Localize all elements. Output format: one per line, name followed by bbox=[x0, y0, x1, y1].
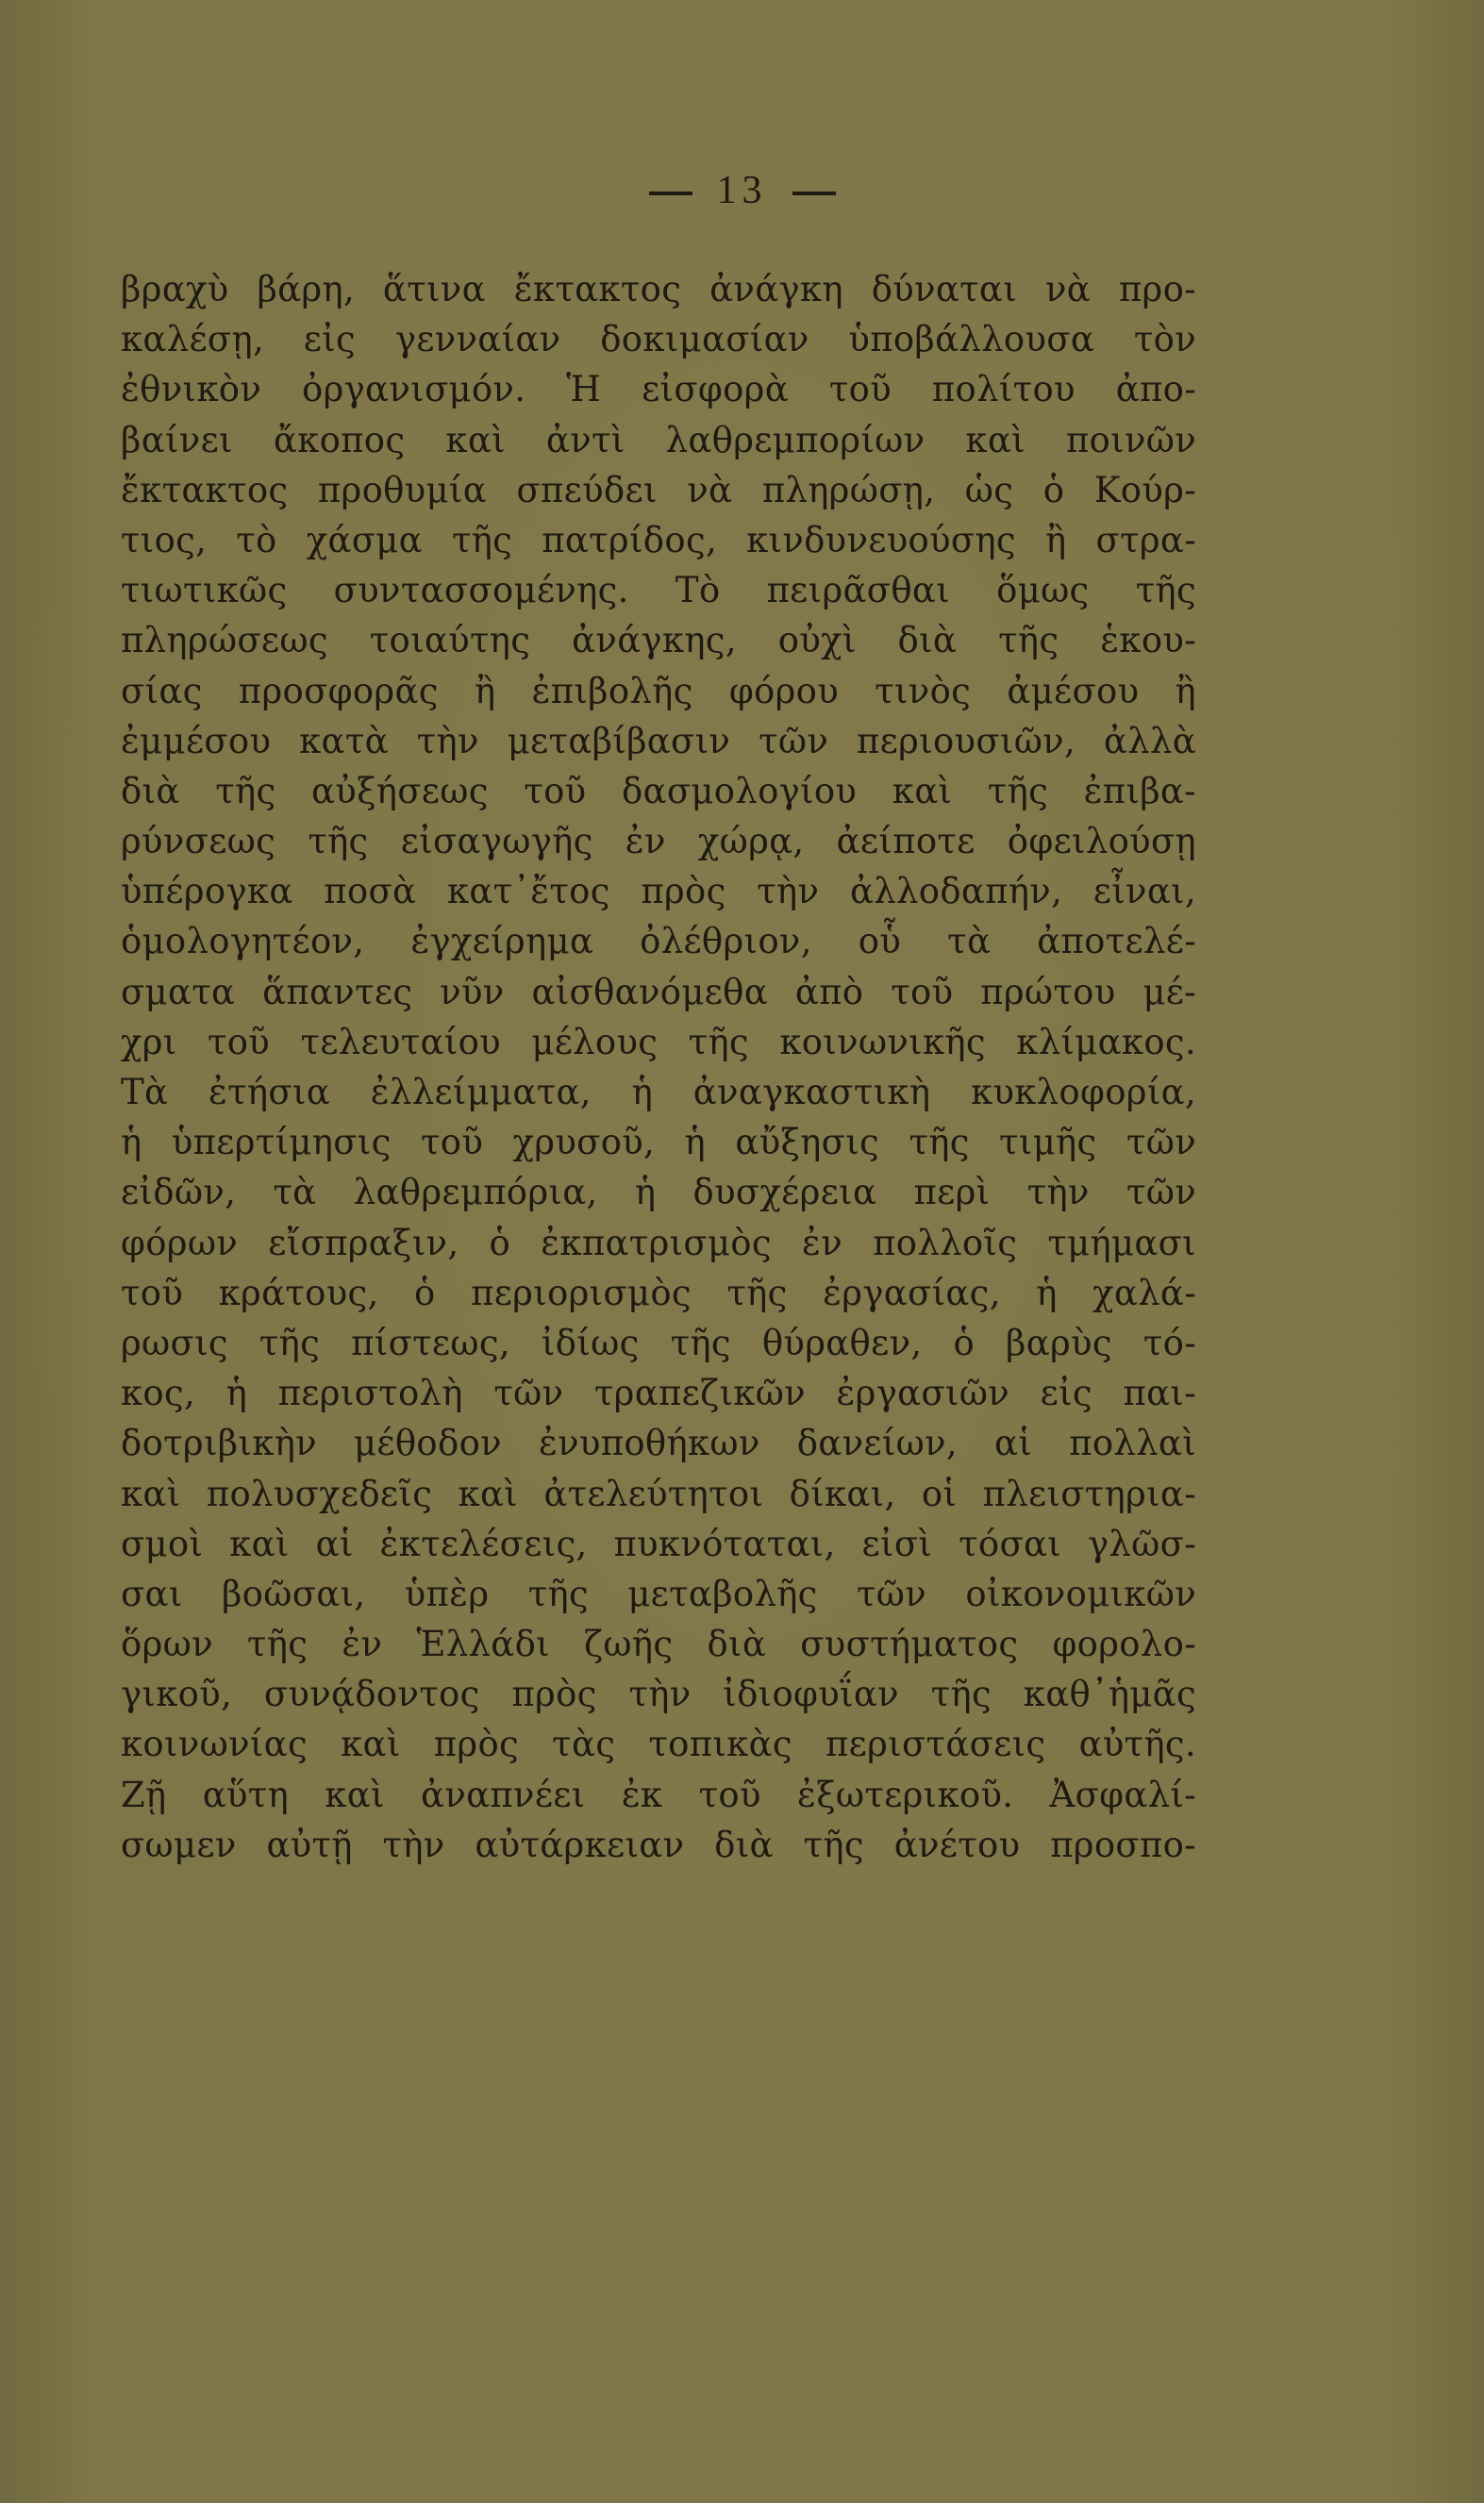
page-number: 13 bbox=[717, 169, 768, 212]
text-line: ἡ ὑπερτίμησις τοῦ χρυσοῦ, ἡ αὔξησις τῆς … bbox=[121, 1117, 1196, 1167]
text-line: βαίνει ἄκοπος καὶ ἀντὶ λαθρεμπορίων καὶ … bbox=[121, 415, 1196, 465]
text-line: κοινωνίας καὶ πρὸς τὰς τοπικὰς περιστάσε… bbox=[121, 1719, 1196, 1769]
text-line: δοτριβικὴν μέθοδον ἐνυποθήκων δανείων, α… bbox=[121, 1418, 1196, 1468]
right-dash bbox=[792, 192, 836, 195]
text-line: σωμεν αὐτῇ τὴν αὐτάρκειαν διὰ τῆς ἀνέτου… bbox=[121, 1820, 1196, 1870]
text-line: διὰ τῆς αὐξήσεως τοῦ δασμολογίου καὶ τῆς… bbox=[121, 766, 1196, 816]
text-line: πληρώσεως τοιαύτης ἀνάγκης, οὐχὶ διὰ τῆς… bbox=[121, 615, 1196, 665]
book-page: 13 βραχὺ βάρη, ἅτινα ἔκτακτος ἀνάγκη δύν… bbox=[0, 0, 1484, 2503]
text-line: τιος, τὸ χάσμα τῆς πατρίδος, κινδυνευούσ… bbox=[121, 515, 1196, 565]
text-line: ἐμμέσου κατὰ τὴν μεταβίβασιν τῶν περιουσ… bbox=[121, 716, 1196, 766]
text-line: Ζῇ αὕτη καὶ ἀναπνέει ἐκ τοῦ ἐξωτερικοῦ. … bbox=[121, 1770, 1196, 1820]
text-line: σαι βοῶσαι, ὑπὲρ τῆς μεταβολῆς τῶν οἰκον… bbox=[121, 1569, 1196, 1619]
text-line: ἐθνικὸν ὀργανισμόν. Ἡ εἰσφορὰ τοῦ πολίτο… bbox=[121, 364, 1196, 414]
text-line: εἰδῶν, τὰ λαθρεμπόρια, ἡ δυσχέρεια περὶ … bbox=[121, 1167, 1196, 1217]
body-text: βραχὺ βάρη, ἅτινα ἔκτακτος ἀνάγκη δύνατα… bbox=[121, 264, 1196, 1870]
text-line: ἔκτακτος προθυμία σπεύδει νὰ πληρώσῃ, ὡς… bbox=[121, 465, 1196, 515]
text-line: βραχὺ βάρη, ἅτινα ἔκτακτος ἀνάγκη δύνατα… bbox=[121, 264, 1196, 314]
text-line: φόρων εἴσπραξιν, ὁ ἐκπατρισμὸς ἐν πολλοῖ… bbox=[121, 1218, 1196, 1268]
text-line: σματα ἅπαντες νῦν αἰσθανόμεθα ἀπὸ τοῦ πρ… bbox=[121, 967, 1196, 1017]
text-line: ὑπέρογκα ποσὰ κατ᾽ἔτος πρὸς τὴν ἀλλοδαπή… bbox=[121, 866, 1196, 916]
text-line: Τὰ ἐτήσια ἐλλείμματα, ἡ ἀναγκαστικὴ κυκλ… bbox=[121, 1067, 1196, 1117]
text-line: τιωτικῶς συντασσομένης. Τὸ πειρᾶσθαι ὅμω… bbox=[121, 565, 1196, 615]
text-line: γικοῦ, συνᾴδοντος πρὸς τὴν ἰδιοφυΐαν τῆς… bbox=[121, 1669, 1196, 1719]
text-line: χρι τοῦ τελευταίου μέλους τῆς κοινωνικῆς… bbox=[121, 1017, 1196, 1067]
text-line: ρωσις τῆς πίστεως, ἰδίως τῆς θύραθεν, ὁ … bbox=[121, 1318, 1196, 1368]
text-line: κος, ἡ περιστολὴ τῶν τραπεζικῶν ἐργασιῶν… bbox=[121, 1368, 1196, 1418]
text-line: τοῦ κράτους, ὁ περιορισμὸς τῆς ἐργασίας,… bbox=[121, 1268, 1196, 1318]
text-line: καὶ πολυσχεδεῖς καὶ ἀτελεύτητοι δίκαι, ο… bbox=[121, 1469, 1196, 1519]
text-line: σίας προσφορᾶς ἢ ἐπιβολῆς φόρου τινὸς ἀμ… bbox=[121, 666, 1196, 716]
text-line: σμοὶ καὶ αἱ ἐκτελέσεις, πυκνόταται, εἰσὶ… bbox=[121, 1519, 1196, 1569]
text-line: ὅρων τῆς ἐν Ἑλλάδι ζωῆς διὰ συστήματος φ… bbox=[121, 1619, 1196, 1669]
text-line: ὁμολογητέον, ἐγχείρημα ὀλέθριον, οὗ τὰ ἀ… bbox=[121, 916, 1196, 966]
left-dash bbox=[649, 192, 692, 195]
page-number-header: 13 bbox=[0, 168, 1484, 213]
text-line: ρύνσεως τῆς εἰσαγωγῆς ἐν χώρᾳ, ἀείποτε ὀ… bbox=[121, 816, 1196, 866]
text-line: καλέσῃ, εἰς γενναίαν δοκιμασίαν ὑποβάλλο… bbox=[121, 314, 1196, 364]
